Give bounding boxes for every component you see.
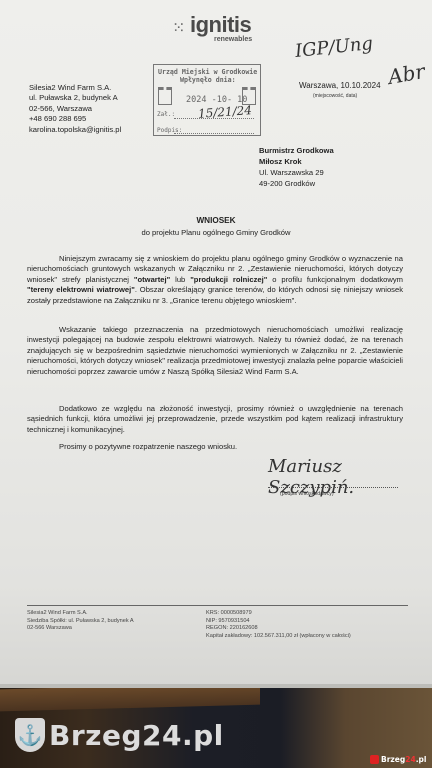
footer-line: 02-566 Warszawa xyxy=(27,625,134,633)
paragraph-2: Wskazanie takiego przeznaczenia na przed… xyxy=(27,325,403,377)
sender-email: karolina.topolska@ignitis.pl xyxy=(29,125,121,135)
paragraph-1: Niniejszym zwracamy się z wnioskiem do p… xyxy=(27,254,403,306)
sender-address: Silesia2 Wind Farm S.A. ul. Puławska 2, … xyxy=(29,83,121,135)
text: Prosimy o pozytywne rozpatrzenie naszego… xyxy=(27,442,403,452)
footer-krs: KRS: 0000508979 xyxy=(206,610,351,618)
watermark-small: Brzeg24.pl xyxy=(370,755,426,764)
text: Wskazanie takiego przeznaczenia na przed… xyxy=(27,325,403,377)
recipient-street: Ul. Warszawska 29 xyxy=(259,167,334,178)
sender-city: 02-566, Warszawa xyxy=(29,104,121,114)
stamp-attachments-label: Zał.: xyxy=(157,111,175,118)
text: Dodatkowo ze względu na złożoność inwest… xyxy=(27,404,403,435)
document-page: ⁙ ignitis renewables Silesia2 Wind Farm … xyxy=(0,0,432,688)
footer-regon: REGON: 220162608 xyxy=(206,625,351,633)
signature-label: (podpis wnioskodawcy) xyxy=(280,491,334,497)
footer-line: Silesia2 Wind Farm S.A. xyxy=(27,610,134,618)
stamp-received-label: Wpłynęło dnia: xyxy=(180,76,236,84)
ignitis-logo: ⁙ ignitis renewables xyxy=(172,14,262,48)
text: o profilu funkcjonalnym dodatkowym xyxy=(267,275,403,284)
footer-line: Siedziba Spółki: ul. Puławska 2, budynek… xyxy=(27,618,134,626)
footer-company: Silesia2 Wind Farm S.A. Siedziba Spółki:… xyxy=(27,610,134,633)
bold-zone-open: "otwartej" xyxy=(134,275,170,284)
document-title: WNIOSEK xyxy=(0,216,432,225)
signature-line xyxy=(268,487,398,488)
stamp-office: Urząd Miejski w Grodkowie xyxy=(158,68,257,76)
footer-nip: NIP: 9570931504 xyxy=(206,618,351,626)
watermark-text: Brzeg24.pl xyxy=(49,719,224,752)
logo-subtitle: renewables xyxy=(214,36,252,43)
brzeg24-logo-icon xyxy=(370,755,379,764)
watermark-large: ⚓ Brzeg24.pl xyxy=(15,717,224,753)
watermark-small-text: .pl xyxy=(416,755,427,764)
place-date: Warszawa, 10.10.2024 xyxy=(299,81,381,90)
recipient-name: Miłosz Krok xyxy=(259,156,334,167)
logo-name: ignitis xyxy=(190,12,251,38)
footer-registry: KRS: 0000508979 NIP: 9570931504 REGON: 2… xyxy=(206,610,351,640)
footer-divider xyxy=(27,605,408,606)
bold-zone-agricultural: "produkcji rolniczej" xyxy=(190,275,267,284)
sender-company: Silesia2 Wind Farm S.A. xyxy=(29,83,121,93)
handwritten-annotation: IGP/Ung xyxy=(294,33,374,62)
recipient-address: Burmistrz Grodkowa Miłosz Krok Ul. Warsz… xyxy=(259,145,334,189)
paragraph-4: Prosimy o pozytywne rozpatrzenie naszego… xyxy=(27,442,403,452)
brzeg24-shield-icon: ⚓ xyxy=(15,718,45,752)
sender-phone: +48 690 288 695 xyxy=(29,114,121,124)
place-date-label: (miejscowość, data) xyxy=(313,93,357,99)
logo-mark-icon: ⁙ xyxy=(172,18,184,38)
recipient-city: 49-200 Grodków xyxy=(259,178,334,189)
handwritten-initials: Abr xyxy=(386,59,426,89)
received-stamp: Urząd Miejski w Grodkowie Wpłynęło dnia:… xyxy=(153,64,261,136)
recipient-title: Burmistrz Grodkowa xyxy=(259,145,334,156)
castle-icon xyxy=(158,87,172,105)
text: lub xyxy=(170,275,190,284)
sender-street: ul. Puławska 2, budynek A xyxy=(29,93,121,103)
stamp-line xyxy=(174,133,254,134)
watermark-small-text: Brzeg xyxy=(381,755,405,764)
footer-capital: Kapitał zakładowy: 102.567.311,00 zł (wp… xyxy=(206,633,351,641)
paper-edge xyxy=(0,684,432,688)
paragraph-3: Dodatkowo ze względu na złożoność inwest… xyxy=(27,404,403,435)
watermark-small-accent: 24 xyxy=(405,755,415,764)
bold-wind-farm: "tereny elektrowni wiatrowej" xyxy=(27,285,135,294)
document-subtitle: do projektu Planu ogólnego Gminy Grodków xyxy=(0,228,432,237)
